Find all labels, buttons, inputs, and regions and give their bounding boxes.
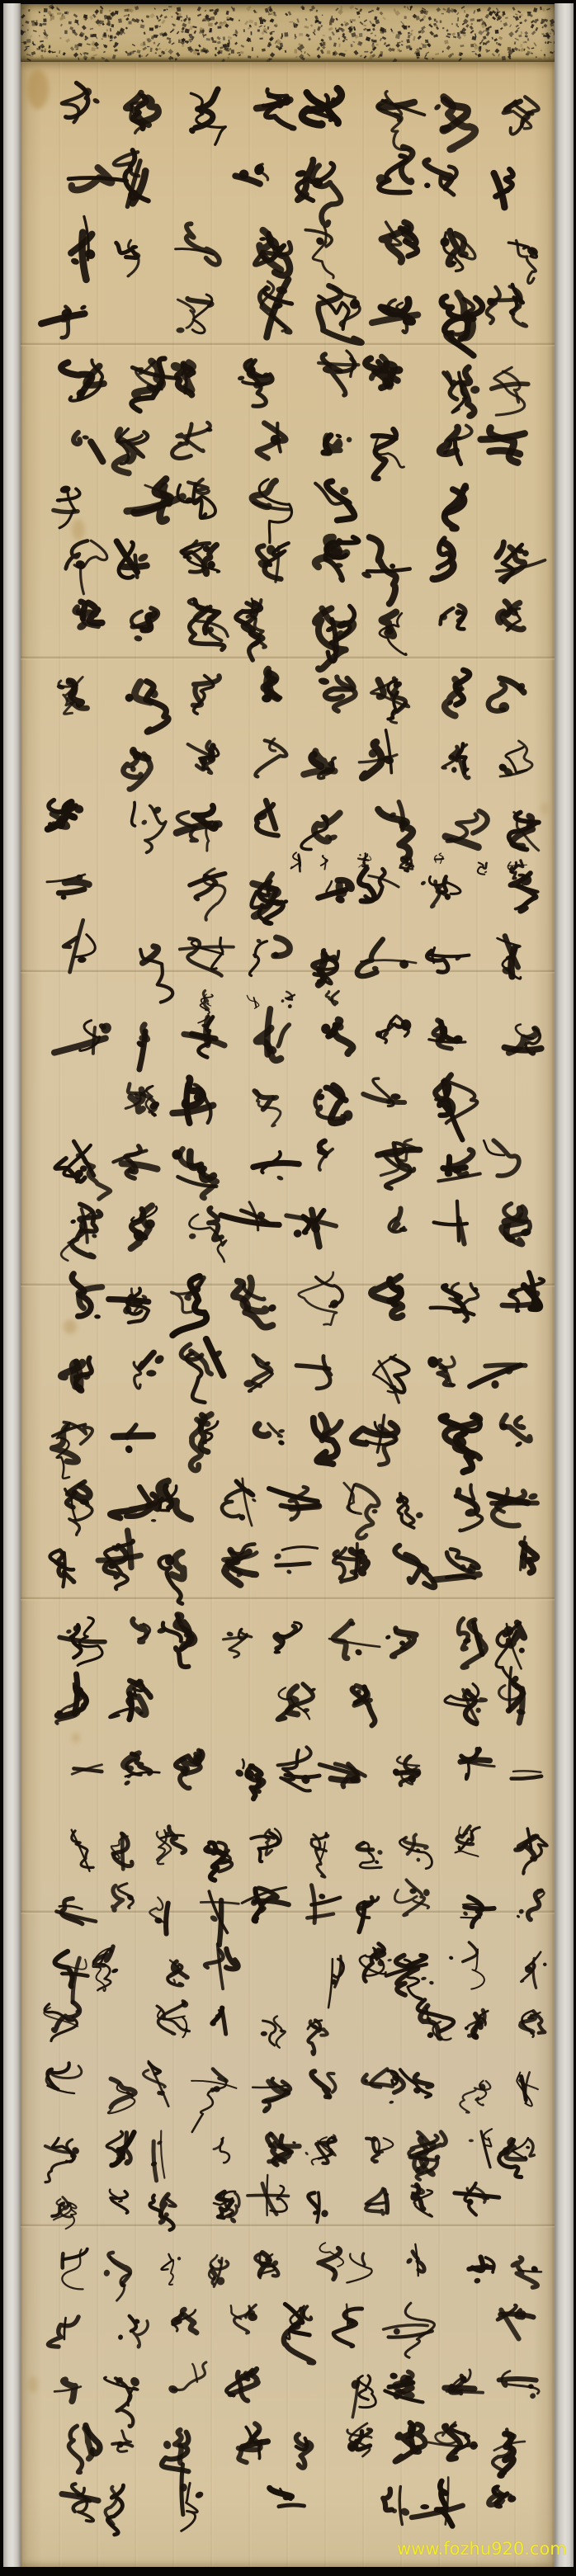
silk-speckle [384,42,386,45]
silk-speckle [496,42,498,45]
silk-speckle [33,30,37,32]
silk-speckle [395,34,400,39]
silk-speckle [216,36,220,40]
silk-speckle [500,27,503,30]
silk-speckle [350,44,352,47]
silk-speckle [374,17,377,21]
silk-speckle [464,10,465,13]
silk-speckle [310,24,313,26]
silk-speckle [465,24,469,28]
silk-speckle [158,48,161,50]
silk-speckle [541,19,545,23]
silk-speckle [515,13,518,15]
silk-speckle [502,56,506,61]
silk-speckle [99,20,104,24]
silk-speckle [360,21,364,26]
silk-speckle [407,7,409,10]
silk-speckle [411,30,413,32]
silk-speckle [94,9,98,14]
silk-speckle [269,58,272,59]
silk-speckle [328,27,333,31]
silk-speckle [436,26,439,30]
silk-speckle [240,45,244,48]
silk-speckle [436,7,441,12]
silk-speckle [82,25,87,30]
paper-stain [72,519,85,540]
silk-speckle [370,21,373,25]
silk-speckle [80,53,83,55]
silk-speckle [73,52,78,57]
silk-speckle [295,34,296,37]
silk-speckle [358,17,360,18]
silk-speckle [252,47,253,51]
silk-speckle [215,47,217,50]
silk-speckle [541,26,544,29]
silk-speckle [149,13,155,19]
silk-speckle [519,21,522,24]
silk-speckle [477,54,481,58]
silk-speckle [233,8,235,12]
silk-speckle [554,41,555,45]
paper-stain [541,803,549,814]
silk-speckle [545,41,546,43]
silk-speckle [460,45,464,47]
silk-speckle [338,37,340,40]
silk-speckle [264,26,266,27]
silk-speckle [331,31,334,35]
silk-speckle [68,21,72,25]
silk-speckle [316,46,320,50]
silk-speckle [368,11,371,13]
silk-speckle [40,54,44,59]
silk-speckle [390,28,393,31]
silk-speckle [533,42,536,46]
silk-speckle [157,43,160,47]
silk-speckle [353,26,356,31]
silk-speckle [335,27,336,29]
silk-speckle [465,13,470,17]
silk-speckle [128,14,130,17]
silk-speckle [248,20,253,24]
silk-speckle [376,7,380,10]
silk-speckle [142,47,147,51]
silk-speckle [395,43,400,48]
silk-speckle [483,35,487,40]
silk-speckle [172,23,174,26]
silk-speckle [550,32,551,34]
silk-speckle [320,25,323,27]
silk-speckle [477,8,481,12]
silk-speckle [495,30,499,34]
silk-speckle [110,12,116,17]
silk-speckle [527,12,531,13]
silk-speckle [372,28,375,31]
silk-speckle [409,6,413,9]
silk-speckle [63,52,66,55]
silk-speckle [486,31,490,36]
silk-speckle [408,26,410,28]
silk-speckle [328,36,332,40]
silk-speckle [60,24,63,27]
scroll-mounting-edge-left [3,3,21,2567]
silk-speckle [518,35,522,38]
silk-speckle [548,57,550,59]
silk-speckle [359,8,362,12]
silk-speckle [149,28,153,31]
silk-speckle [44,15,45,17]
silk-speckle [240,51,244,54]
silk-speckle [345,50,347,52]
silk-speckle [21,42,25,44]
silk-speckle [350,19,352,21]
silk-speckle [364,51,368,53]
silk-speckle [541,33,544,35]
silk-speckle [26,59,31,62]
silk-speckle [508,47,512,51]
silk-speckle [65,38,70,43]
silk-speckle [473,10,475,13]
calligraphy-scroll-scan: www.fozhu920.com [0,0,576,2576]
silk-speckle [308,38,310,40]
silk-speckle [141,55,143,57]
silk-speckle [210,17,215,20]
silk-speckle [296,18,299,22]
silk-speckle [21,7,25,9]
silk-speckle [57,12,62,15]
silk-speckle [408,32,410,35]
silk-speckle [424,57,428,59]
silk-speckle [102,57,106,60]
silk-speckle [410,33,413,35]
silk-speckle [383,17,386,20]
silk-speckle [457,17,459,21]
silk-speckle [104,15,107,20]
silk-speckle [21,14,26,19]
silk-speckle [113,35,117,39]
silk-speckle [543,24,547,28]
silk-speckle [451,32,456,35]
silk-speckle [498,36,503,40]
silk-speckle [355,7,358,10]
silk-speckle [380,38,382,41]
paper-stain [72,1733,80,1743]
silk-speckle [164,49,168,51]
silk-speckle [135,18,140,23]
silk-speckle-pattern [21,4,555,62]
silk-speckle [376,44,379,46]
silk-speckle [401,44,404,45]
silk-speckle [357,41,362,46]
silk-speckle [380,12,384,16]
mounting-silk-band [21,4,555,62]
silk-speckle [244,21,248,26]
silk-speckle [554,31,555,35]
silk-speckle [285,50,287,53]
silk-speckle [40,44,45,49]
silk-speckle [446,30,449,32]
silk-speckle [128,21,131,24]
silk-speckle [26,45,30,47]
silk-speckle [470,18,474,21]
silk-speckle [515,16,519,21]
silk-speckle [494,49,499,54]
silk-speckle [515,38,519,40]
silk-speckle [76,49,79,50]
silk-speckle [44,48,46,50]
silk-speckle [288,11,292,16]
silk-speckle [442,50,444,53]
silk-speckle [352,19,356,21]
silk-speckle [64,31,68,35]
silk-speckle [238,20,240,21]
silk-speckle [217,26,221,29]
silk-speckle [433,23,436,26]
silk-speckle [531,31,536,35]
silk-speckle [320,50,324,54]
silk-speckle [181,20,182,21]
silk-speckle [419,47,423,50]
silk-speckle [320,39,323,42]
silk-speckle [43,18,46,22]
silk-speckle [102,38,103,40]
silk-speckle [91,57,94,59]
silk-speckle [111,24,115,27]
silk-speckle [527,38,530,41]
silk-speckle [404,26,407,30]
silk-speckle [163,9,166,11]
silk-speckle [316,10,318,12]
silk-speckle [333,42,337,46]
silk-speckle [322,35,325,37]
silk-speckle [413,36,415,41]
silk-speckle [197,53,201,56]
silk-speckle [517,27,520,30]
silk-speckle [212,40,216,43]
silk-speckle [359,33,363,37]
silk-speckle [203,18,205,21]
silk-speckle [492,53,495,56]
paper-stain [70,1502,78,1513]
silk-speckle [21,30,25,35]
silk-speckle [208,23,213,27]
silk-speckle [317,54,321,59]
silk-speckle [363,28,366,31]
silk-speckle [514,41,516,45]
silk-speckle [496,7,499,11]
silk-speckle [456,23,457,26]
silk-speckle [228,35,233,40]
silk-speckle [446,45,451,50]
silk-speckle [132,44,135,46]
silk-speckle [159,14,163,17]
silk-speckle [205,10,206,12]
silk-speckle [97,47,99,49]
silk-speckle [167,37,172,40]
silk-speckle [110,28,111,31]
silk-speckle [418,35,422,40]
silk-speckle [366,29,371,31]
silk-speckle [451,8,455,12]
silk-speckle [391,48,394,51]
silk-speckle [447,33,451,35]
silk-speckle [434,19,437,21]
silk-speckle [170,30,174,33]
silk-speckle [500,21,502,22]
silk-speckle [322,14,323,16]
silk-speckle [30,35,33,38]
silk-speckle [229,17,234,21]
silk-speckle [335,18,338,21]
paper-join-seam [21,1597,555,1601]
paper-join-seam [21,342,555,347]
silk-speckle [39,11,41,13]
silk-speckle [59,50,60,54]
silk-speckle [441,13,444,15]
silk-speckle [493,38,498,41]
silk-speckle [69,26,73,31]
silk-speckle [434,25,437,26]
silk-speckle [210,37,214,41]
silk-speckle [435,53,439,55]
silk-speckle [59,37,62,40]
silk-speckle [189,26,192,30]
silk-speckle [177,31,180,35]
silk-speckle [127,52,131,55]
silk-speckle [394,8,396,12]
silk-speckle [197,7,201,12]
silk-speckle [400,21,404,24]
silk-speckle [136,50,140,54]
watermark-text: www.fozhu920.com [397,2539,567,2559]
silk-speckle [550,28,554,31]
silk-speckle [356,11,361,15]
silk-speckle [227,43,230,48]
silk-speckle [171,16,173,18]
silk-speckle [340,6,342,10]
silk-speckle [349,5,354,10]
silk-speckle [220,46,223,50]
silk-speckle [182,27,185,31]
silk-speckle [353,50,358,55]
silk-speckle [270,52,275,57]
silk-speckle [215,54,217,57]
silk-speckle [382,36,386,40]
silk-speckle [280,43,284,48]
paper-join-seam [21,1910,555,1914]
silk-speckle [114,49,117,51]
silk-speckle [110,40,113,42]
silk-speckle [257,55,258,58]
silk-speckle [520,44,522,47]
scroll-mounting-edge-right [555,3,574,2567]
silk-speckle [59,17,62,21]
silk-speckle [284,32,288,37]
silk-speckle [168,6,172,7]
silk-speckle [44,50,46,53]
paper-stain [27,69,49,109]
silk-speckle [182,23,186,28]
silk-speckle [168,40,172,44]
silk-speckle [456,12,459,16]
silk-speckle [227,57,229,59]
silk-speckle [314,16,319,21]
silk-speckle [524,31,528,35]
silk-speckle [26,39,31,43]
silk-speckle [509,24,512,27]
silk-speckle [314,29,315,32]
silk-speckle [150,48,153,52]
silk-speckle [271,31,275,33]
silk-speckle [524,41,526,44]
silk-speckle [470,30,474,34]
silk-speckle [341,23,344,26]
silk-speckle [233,34,234,35]
silk-speckle [516,25,519,28]
silk-speckle [444,40,449,44]
silk-speckle [78,58,79,60]
silk-speckle [474,53,477,55]
silk-speckle [478,31,483,35]
silk-speckle [197,13,201,17]
silk-speckle [103,51,106,54]
silk-speckle [364,55,367,59]
silk-speckle [109,10,111,12]
silk-speckle [118,18,122,23]
silk-speckle [226,11,229,15]
silk-speckle [335,7,339,11]
silk-speckle [487,7,491,12]
silk-speckle [540,7,542,10]
silk-speckle [73,13,78,17]
silk-speckle [535,27,538,31]
silk-speckle [248,6,251,8]
silk-speckle [204,34,207,36]
silk-speckle [342,40,346,43]
silk-speckle [424,54,427,57]
silk-speckle [429,31,434,35]
paper-panel [21,62,555,2567]
silk-speckle [124,15,128,17]
silk-speckle [363,25,366,26]
silk-speckle [154,25,158,28]
silk-speckle [525,35,528,37]
silk-speckle [472,51,475,52]
paper-join-seam [21,970,555,974]
silk-speckle [186,15,188,18]
silk-speckle [289,21,293,23]
silk-speckle [248,55,251,58]
silk-speckle [421,26,426,30]
silk-speckle [243,29,245,32]
silk-speckle [404,16,407,18]
silk-speckle [64,12,67,14]
silk-speckle [338,44,340,47]
silk-speckle [185,28,190,33]
silk-speckle [470,44,474,47]
silk-speckle [87,43,91,45]
silk-speckle [140,24,145,28]
silk-speckle [151,35,154,40]
silk-speckle [234,42,238,45]
silk-speckle [446,8,451,13]
silk-speckle [223,36,225,40]
silk-speckle [141,19,144,22]
silk-speckle [187,17,191,21]
silk-speckle [267,26,270,30]
silk-speckle [375,19,380,24]
silk-speckle [144,31,146,35]
silk-speckle [419,18,424,22]
